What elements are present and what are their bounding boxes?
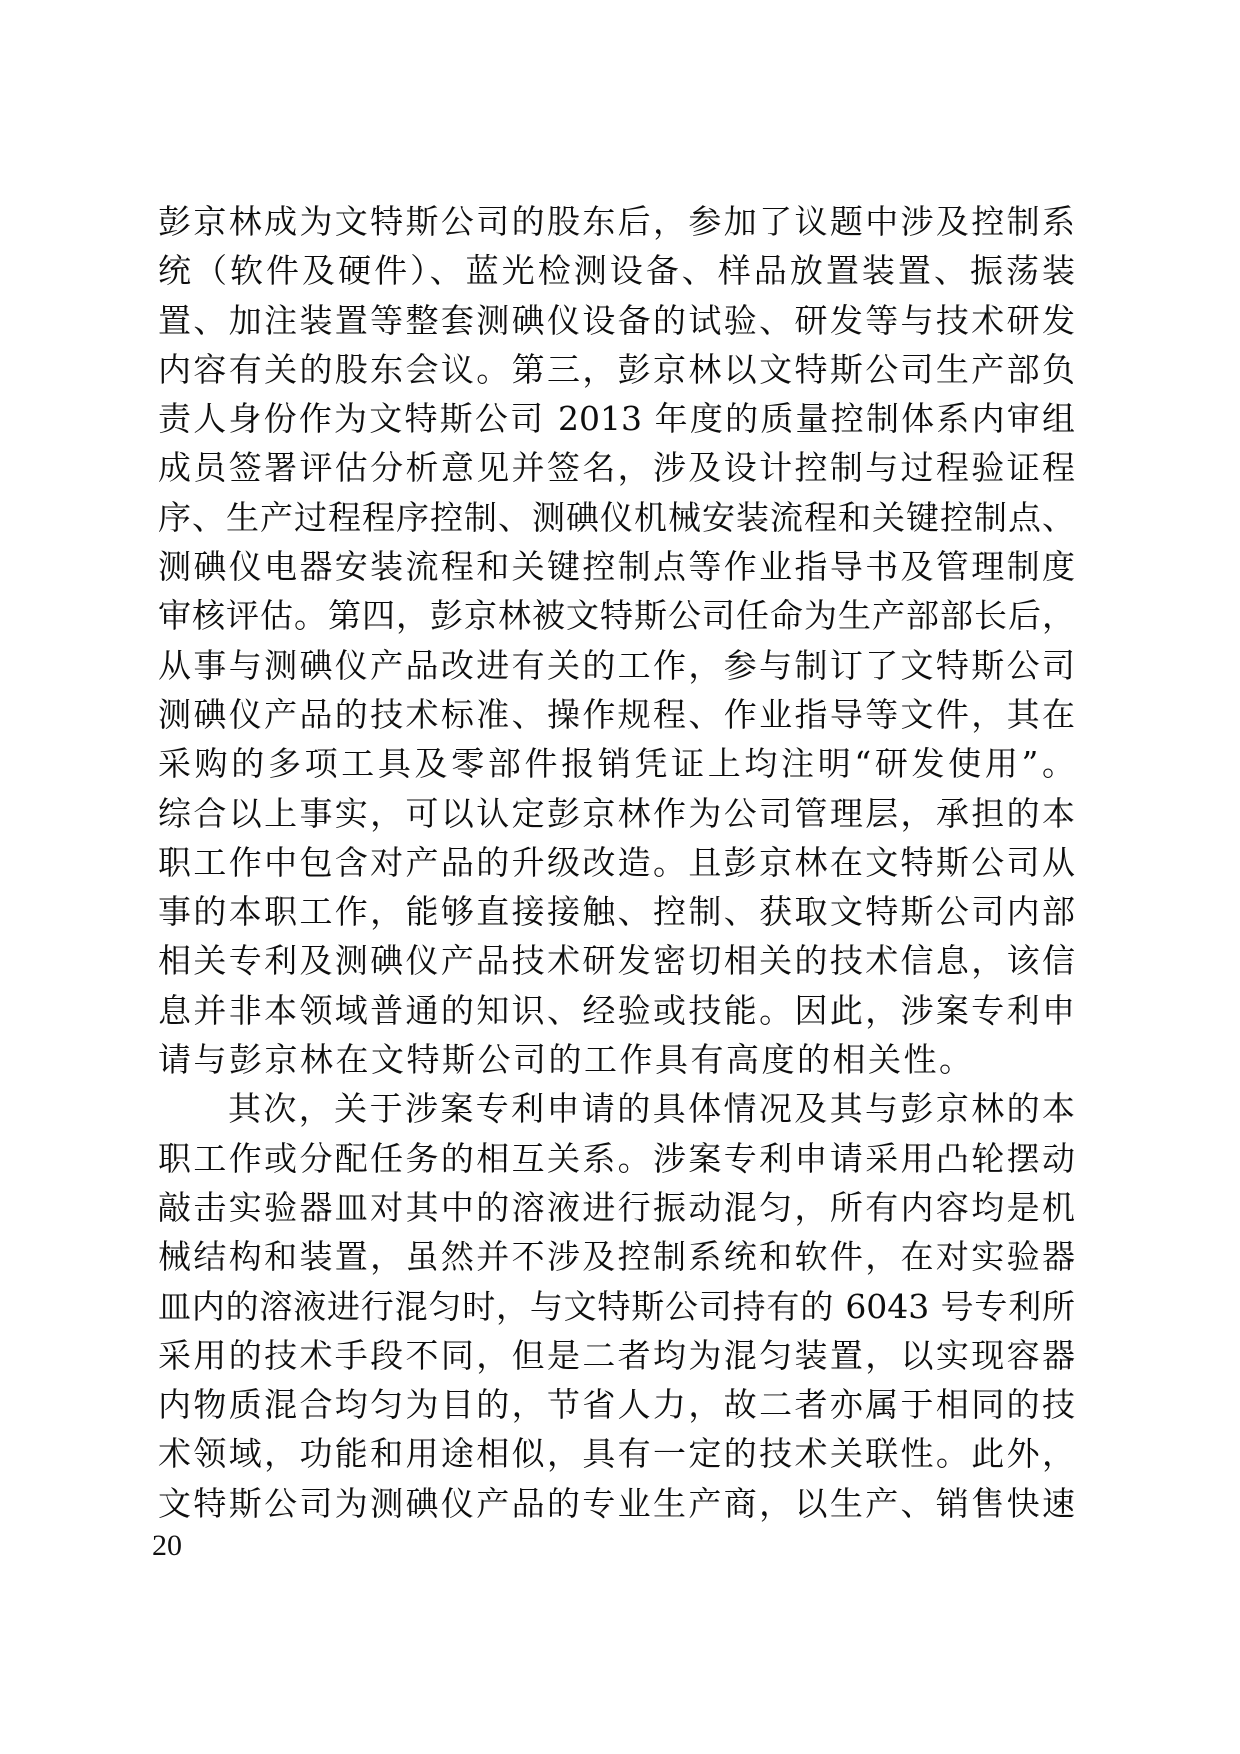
text-line: 彭京林成为文特斯公司的股东后，参加了议题中涉及控制系 xyxy=(158,197,1075,246)
text-line: 统（软件及硬件）、蓝光检测设备、样品放置装置、振荡装 xyxy=(158,246,1075,295)
text-line: 从事与测碘仪产品改进有关的工作，参与制订了文特斯公司 xyxy=(158,641,1075,690)
text-line: 职工作中包含对产品的升级改造。且彭京林在文特斯公司从 xyxy=(158,838,1075,887)
document-page: 彭京林成为文特斯公司的股东后，参加了议题中涉及控制系 统（软件及硬件）、蓝光检测… xyxy=(0,0,1240,1754)
text-line-paragraph-end: 请与彭京林在文特斯公司的工作具有高度的相关性。 xyxy=(158,1035,1075,1084)
text-line: 相关专利及测碘仪产品技术研发密切相关的技术信息，该信 xyxy=(158,936,1075,985)
text-line: 采购的多项工具及零部件报销凭证上均注明“研发使用”。 xyxy=(158,739,1075,788)
text-line: 序、生产过程程序控制、测碘仪机械安装流程和关键控制点、 xyxy=(158,493,1075,542)
text-line: 敲击实验器皿对其中的溶液进行振动混匀，所有内容均是机 xyxy=(158,1183,1075,1232)
text-line: 内物质混合均匀为目的，节省人力，故二者亦属于相同的技 xyxy=(158,1380,1075,1429)
text-line: 审核评估。第四，彭京林被文特斯公司任命为生产部部长后， xyxy=(158,591,1075,640)
text-line: 械结构和装置，虽然并不涉及控制系统和软件，在对实验器 xyxy=(158,1232,1075,1281)
text-line: 息并非本领域普通的知识、经验或技能。因此，涉案专利申 xyxy=(158,986,1075,1035)
text-line: 内容有关的股东会议。第三，彭京林以文特斯公司生产部负 xyxy=(158,345,1075,394)
text-line: 文特斯公司为测碘仪产品的专业生产商，以生产、销售快速 xyxy=(158,1479,1075,1528)
text-line: 皿内的溶液进行混匀时，与文特斯公司持有的 6043 号专利所 xyxy=(158,1282,1075,1331)
text-line: 综合以上事实，可以认定彭京林作为公司管理层，承担的本 xyxy=(158,789,1075,838)
text-line: 责人身份作为文特斯公司 2013 年度的质量控制体系内审组 xyxy=(158,394,1075,443)
text-line: 术领域，功能和用途相似，具有一定的技术关联性。此外， xyxy=(158,1429,1075,1478)
text-line: 事的本职工作，能够直接接触、控制、获取文特斯公司内部 xyxy=(158,887,1075,936)
text-line: 采用的技术手段不同，但是二者均为混匀装置，以实现容器 xyxy=(158,1331,1075,1380)
text-line: 测碘仪电器安装流程和关键控制点等作业指导书及管理制度 xyxy=(158,542,1075,591)
text-line: 置、加注装置等整套测碘仪设备的试验、研发等与技术研发 xyxy=(158,296,1075,345)
page-number: 20 xyxy=(152,1528,182,1564)
text-line: 职工作或分配任务的相互关系。涉案专利申请采用凸轮摆动 xyxy=(158,1134,1075,1183)
body-text: 彭京林成为文特斯公司的股东后，参加了议题中涉及控制系 统（软件及硬件）、蓝光检测… xyxy=(158,197,1075,1528)
text-line-paragraph-start: 其次，关于涉案专利申请的具体情况及其与彭京林的本 xyxy=(158,1084,1075,1133)
text-line: 成员签署评估分析意见并签名，涉及设计控制与过程验证程 xyxy=(158,443,1075,492)
text-line: 测碘仪产品的技术标准、操作规程、作业指导等文件，其在 xyxy=(158,690,1075,739)
